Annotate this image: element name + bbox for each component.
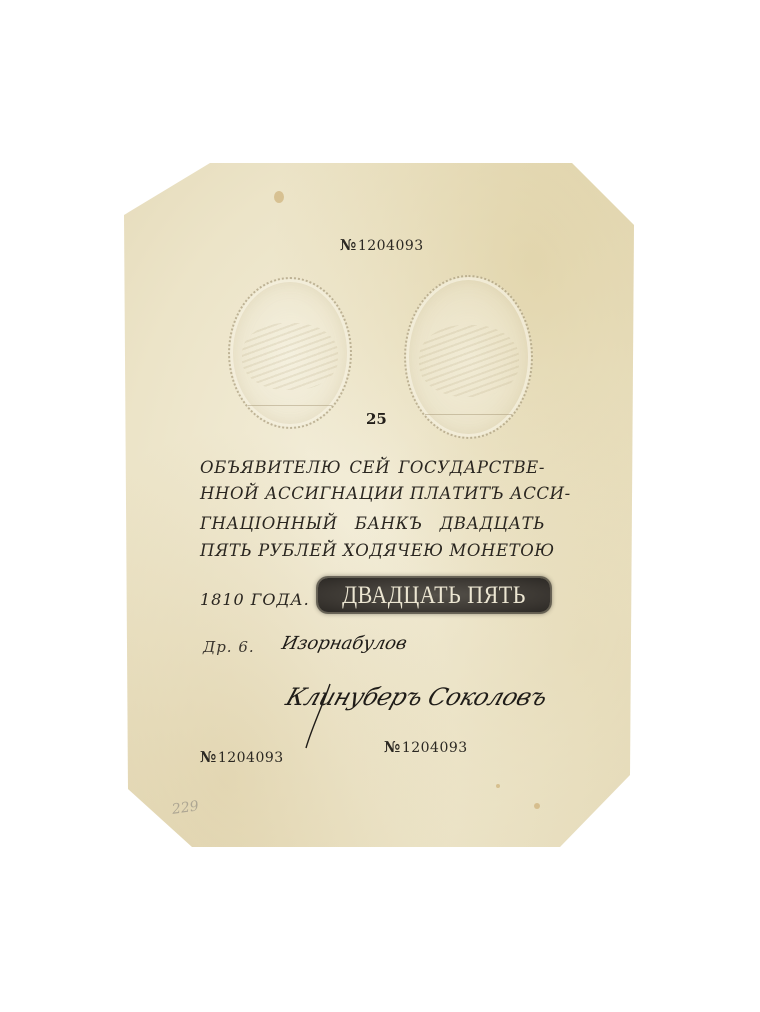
stain (274, 191, 284, 203)
right-medallion-figure (404, 275, 533, 439)
body-text-line-2: ННОЙ АССИГНАЦИИ ПЛАТИТЪ АССИ- (200, 484, 545, 503)
serial-digits: 1204093 (358, 238, 424, 254)
left-medallion-eagle (228, 277, 352, 429)
serial-number-top: №1204093 (340, 236, 424, 254)
number-sign: № (384, 738, 401, 756)
handwritten-label: Др. 6. (203, 638, 255, 656)
stain (496, 784, 500, 788)
denomination-numeral: 25 (366, 410, 387, 428)
medallion-ground-line (248, 405, 332, 406)
year-text: 1810 ГОДА. (200, 590, 310, 609)
serial-number-bottom-right: №1204093 (384, 738, 468, 756)
number-sign: № (340, 236, 357, 254)
signature-1: Изорнабулов (280, 633, 409, 654)
body-text-line-1: ОБЪЯВИТЕЛЮ СЕЙ ГОСУДАРСТВЕ- (200, 458, 545, 477)
serial-digits: 1204093 (402, 740, 468, 756)
banknote-paper (124, 163, 634, 847)
serial-digits: 1204093 (218, 750, 284, 766)
medallion-relief (419, 325, 519, 397)
body-text-line-3: ГНАЦIОННЫЙ БАНКЪ ДВАДЦАТЬ (200, 514, 545, 533)
signature-flourish-icon (300, 682, 340, 752)
number-sign: № (200, 748, 217, 766)
stamp-text: ДВАДЦАТЬ ПЯТЬ (342, 580, 526, 610)
serial-number-bottom-left: №1204093 (200, 748, 284, 766)
stain (534, 803, 540, 809)
medallion-ground-line (425, 414, 513, 415)
body-text-line-4: ПЯТЬ РУБЛЕЙ ХОДЯЧЕЮ МОНЕТОЮ (200, 541, 545, 560)
medallion-relief (242, 323, 338, 390)
denomination-stamp: ДВАДЦАТЬ ПЯТЬ (318, 578, 550, 612)
